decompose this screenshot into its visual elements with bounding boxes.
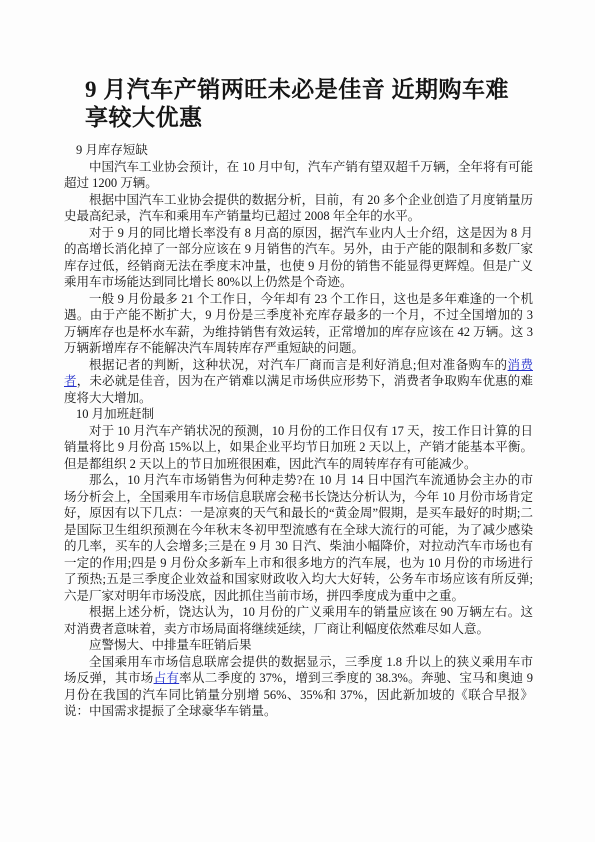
- paragraph: 一般 9 月份最多 21 个工作日，今年却有 23 个工作日，这也是多年难逢的一…: [64, 291, 533, 357]
- paragraph: 对于 10 月汽车产销状况的预测，10 月份的工作日仅有 17 天，按工作日计算…: [64, 423, 533, 473]
- document-page: 9 月汽车产销两旺未必是佳音 近期购车难享较大优惠 9 月库存短缺中国汽车工业协…: [0, 0, 595, 842]
- inline-link[interactable]: 占有: [154, 671, 180, 685]
- document-title: 9 月汽车产销两旺未必是佳音 近期购车难享较大优惠: [85, 76, 513, 132]
- section-subheading: 应警惕大、中排量车旺销后果: [64, 637, 533, 654]
- document-content: 9 月汽车产销两旺未必是佳音 近期购车难享较大优惠 9 月库存短缺中国汽车工业协…: [64, 76, 533, 720]
- paragraph: 根据上述分析，饶达认为，10 月份的广义乘用车的销量应该在 90 万辆左右。这对…: [64, 604, 533, 637]
- paragraph: 中国汽车工业协会预计，在 10 月中旬，汽车产销有望双超千万辆，全年将有可能超过…: [64, 159, 533, 192]
- paragraph: 全国乘用车市场信息联席会提供的数据显示，三季度 1.8 升以上的狭义乘用车市场反…: [64, 654, 533, 720]
- paragraph: 根据中国汽车工业协会提供的数据分析，目前，有 20 多个企业创造了月度销量历史最…: [64, 192, 533, 225]
- paragraph: 根据记者的判断，这种状况，对汽车厂商而言是利好消息;但对准备购车的消费者，未必就…: [64, 357, 533, 407]
- section-subheading: 10 月加班赶制: [64, 406, 533, 423]
- article-body: 9 月库存短缺中国汽车工业协会预计，在 10 月中旬，汽车产销有望双超千万辆，全…: [64, 142, 533, 720]
- inline-link[interactable]: 消费者: [64, 358, 533, 389]
- section-subheading: 9 月库存短缺: [64, 142, 533, 159]
- paragraph: 那么，10 月汽车市场销售为何种走势?在 10 月 14 日中国汽车流通协会主办…: [64, 472, 533, 604]
- paragraph: 对于 9 月的同比增长率没有 8 月高的原因，据汽车业内人士介绍，这是因为 8 …: [64, 225, 533, 291]
